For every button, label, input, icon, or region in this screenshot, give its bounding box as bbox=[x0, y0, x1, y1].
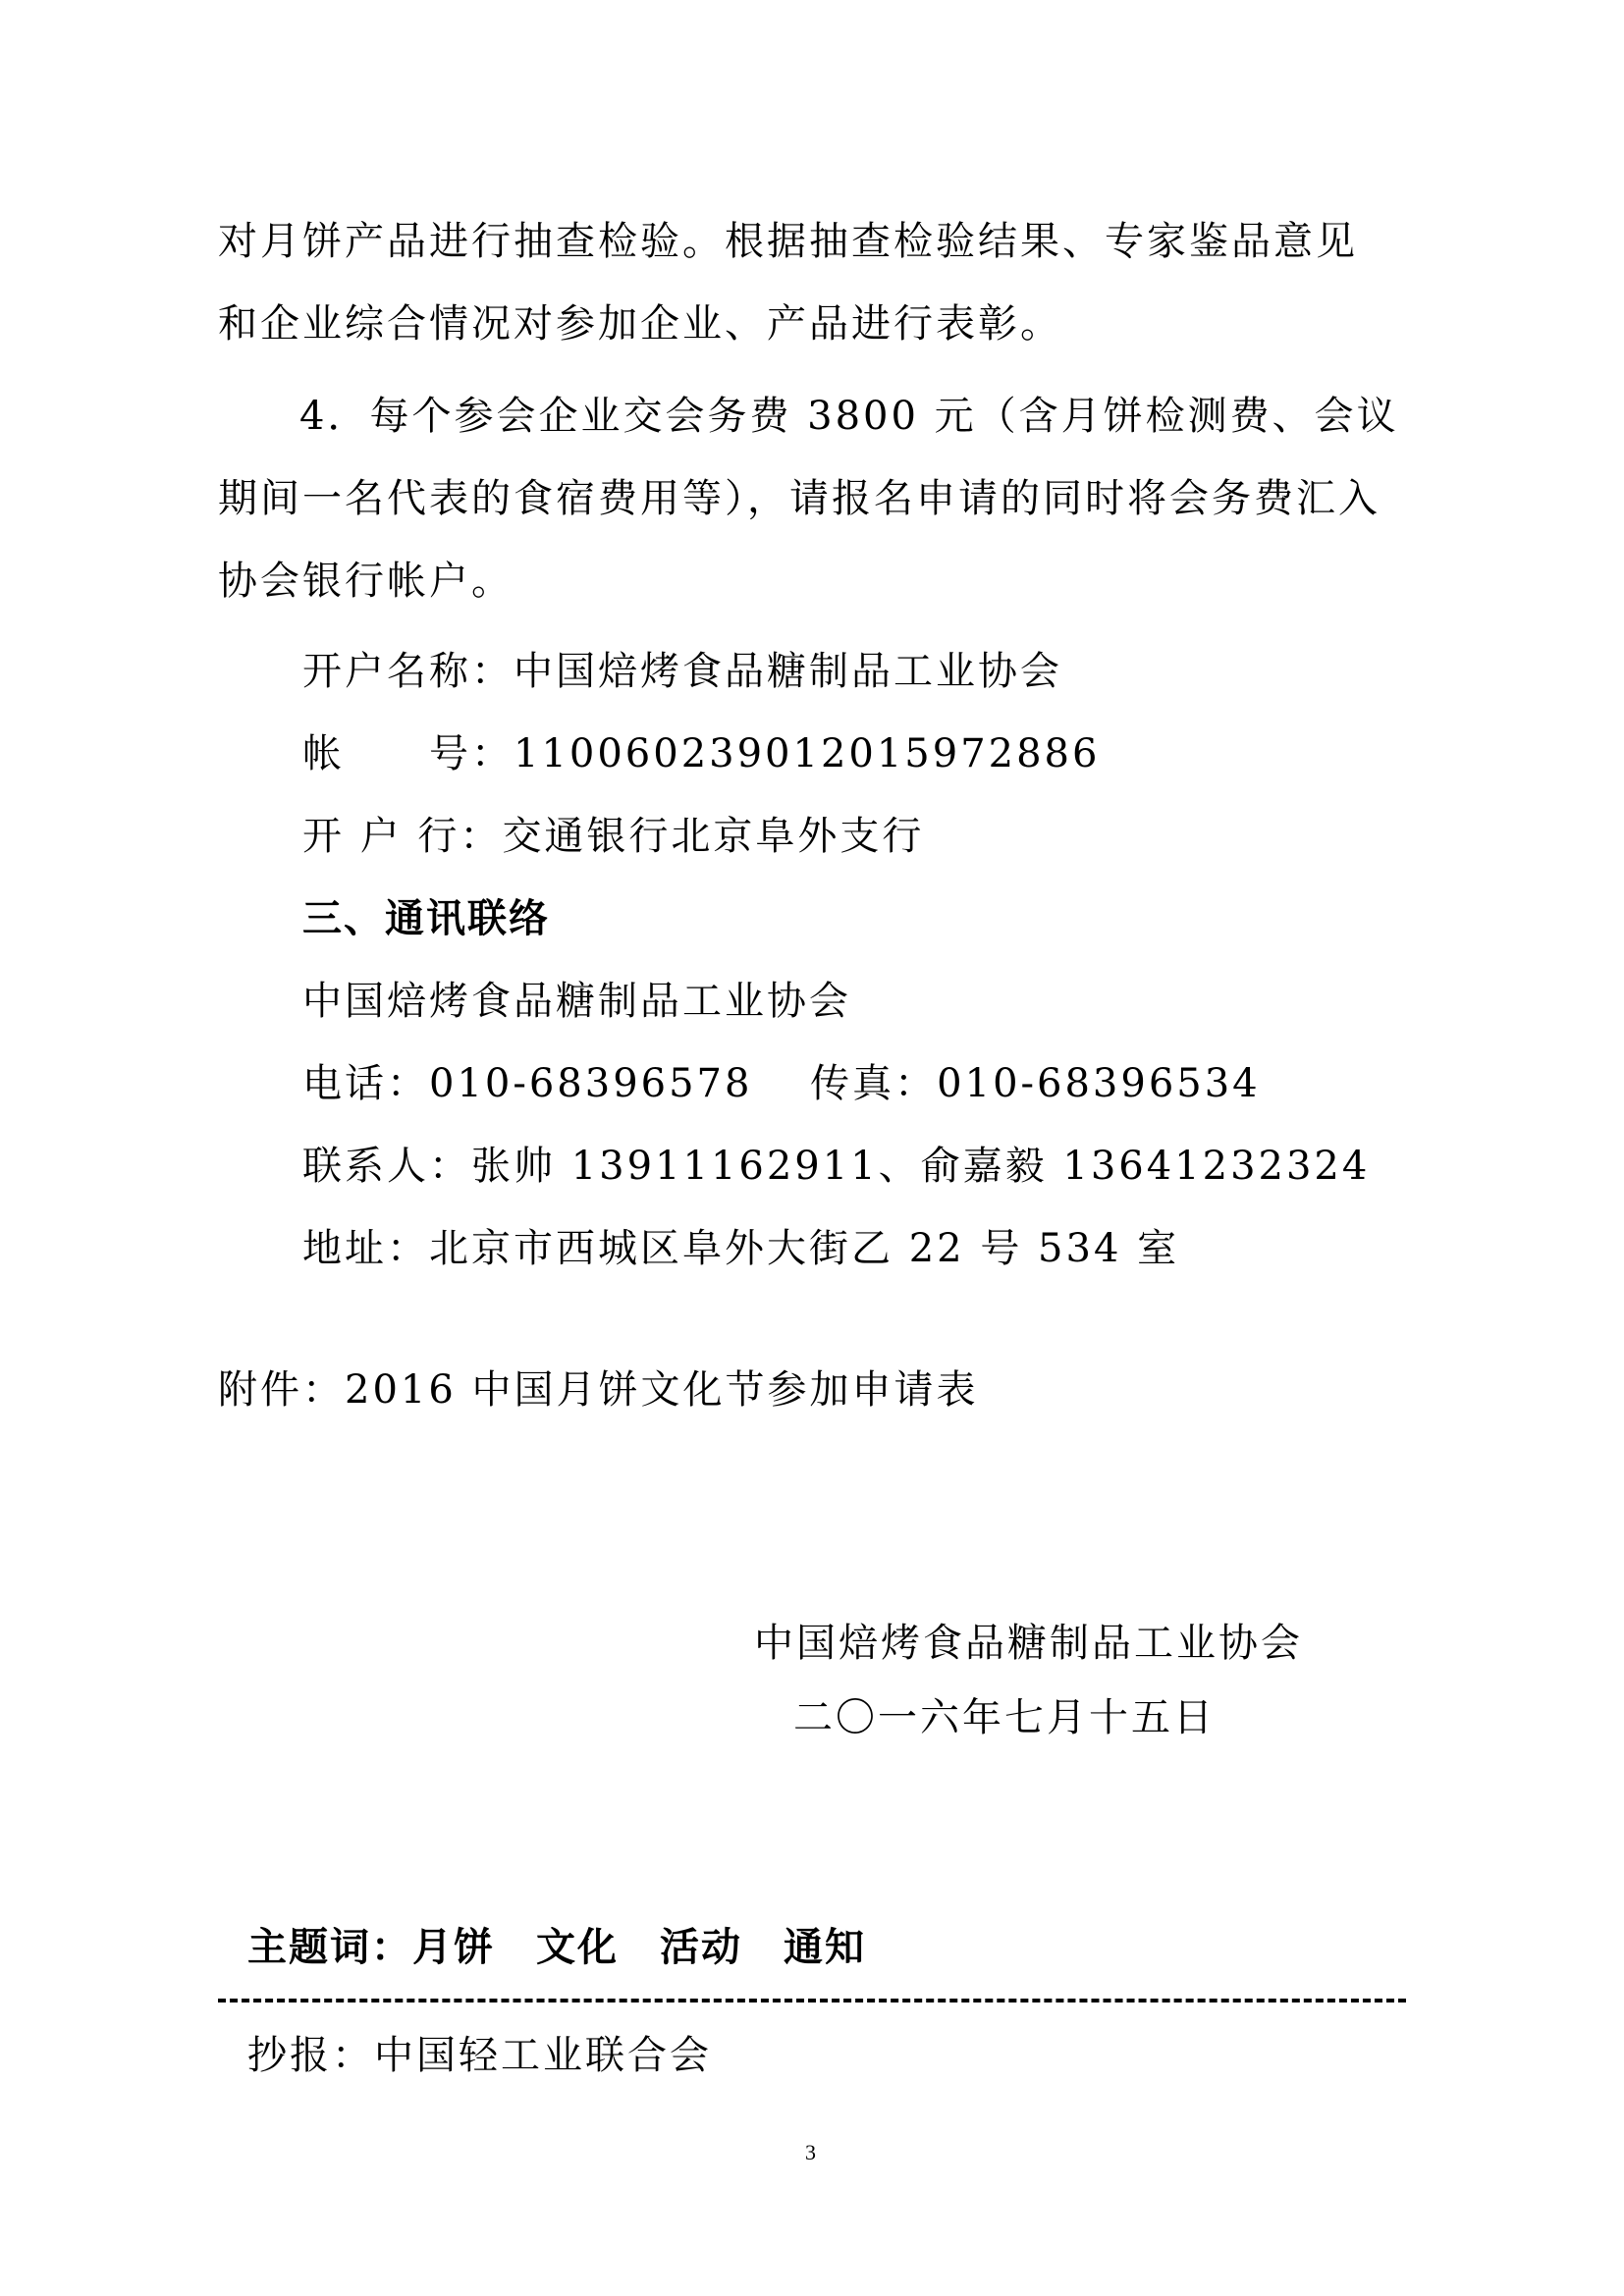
page-number: 3 bbox=[805, 2140, 816, 2165]
contact-address: 地址：北京市西城区阜外大街乙 22 号 534 室 bbox=[302, 1225, 1179, 1272]
keywords: 主题词：月饼 文化 活动 通知 bbox=[247, 1924, 866, 1971]
bank-name-label: 开户名称： bbox=[302, 649, 514, 694]
paragraph-line: 对月饼产品进行抽查检验。根据抽查检验结果、专家鉴品意见 bbox=[218, 218, 1358, 265]
paragraph-line: 4．每个参会企业交会务费 3800 元（含月饼检测费、会议 bbox=[299, 393, 1399, 440]
paragraph-line: 协会银行帐户。 bbox=[218, 558, 514, 605]
paragraph-line: 期间一名代表的食宿费用等），请报名申请的同时将会务费汇入 bbox=[218, 475, 1380, 522]
contact-persons: 联系人：张帅 13911162911、俞嘉毅 13641232324 bbox=[302, 1143, 1370, 1190]
bank-account-row: 帐 号：110060239012015972886 bbox=[302, 730, 1100, 777]
cc-line: 抄报：中国轻工业联合会 bbox=[247, 2032, 712, 2079]
bank-name-row: 开户名称：中国焙烤食品糖制品工业协会 bbox=[302, 648, 1062, 695]
contact-phone: 电话：010-68396578 传真：010-68396534 bbox=[302, 1060, 1261, 1107]
paragraph-line: 和企业综合情况对参加企业、产品进行表彰。 bbox=[218, 300, 1062, 347]
divider bbox=[218, 1999, 1406, 2002]
section-heading: 三、通讯联络 bbox=[302, 895, 550, 942]
contact-org: 中国焙烤食品糖制品工业协会 bbox=[302, 978, 851, 1025]
bank-account-value: 110060239012015972886 bbox=[514, 731, 1100, 776]
signature-date: 二〇一六年七月十五日 bbox=[793, 1694, 1216, 1741]
bank-branch-value: 交通银行北京阜外支行 bbox=[502, 814, 924, 859]
bank-account-label: 帐 号： bbox=[302, 731, 514, 776]
signature-org: 中国焙烤食品糖制品工业协会 bbox=[754, 1620, 1303, 1667]
attachment-note: 附件：2016 中国月饼文化节参加申请表 bbox=[218, 1366, 979, 1414]
bank-name-value: 中国焙烤食品糖制品工业协会 bbox=[514, 649, 1062, 694]
bank-branch-row: 开 户 行：交通银行北京阜外支行 bbox=[302, 813, 924, 860]
bank-branch-label: 开 户 行： bbox=[302, 814, 502, 859]
